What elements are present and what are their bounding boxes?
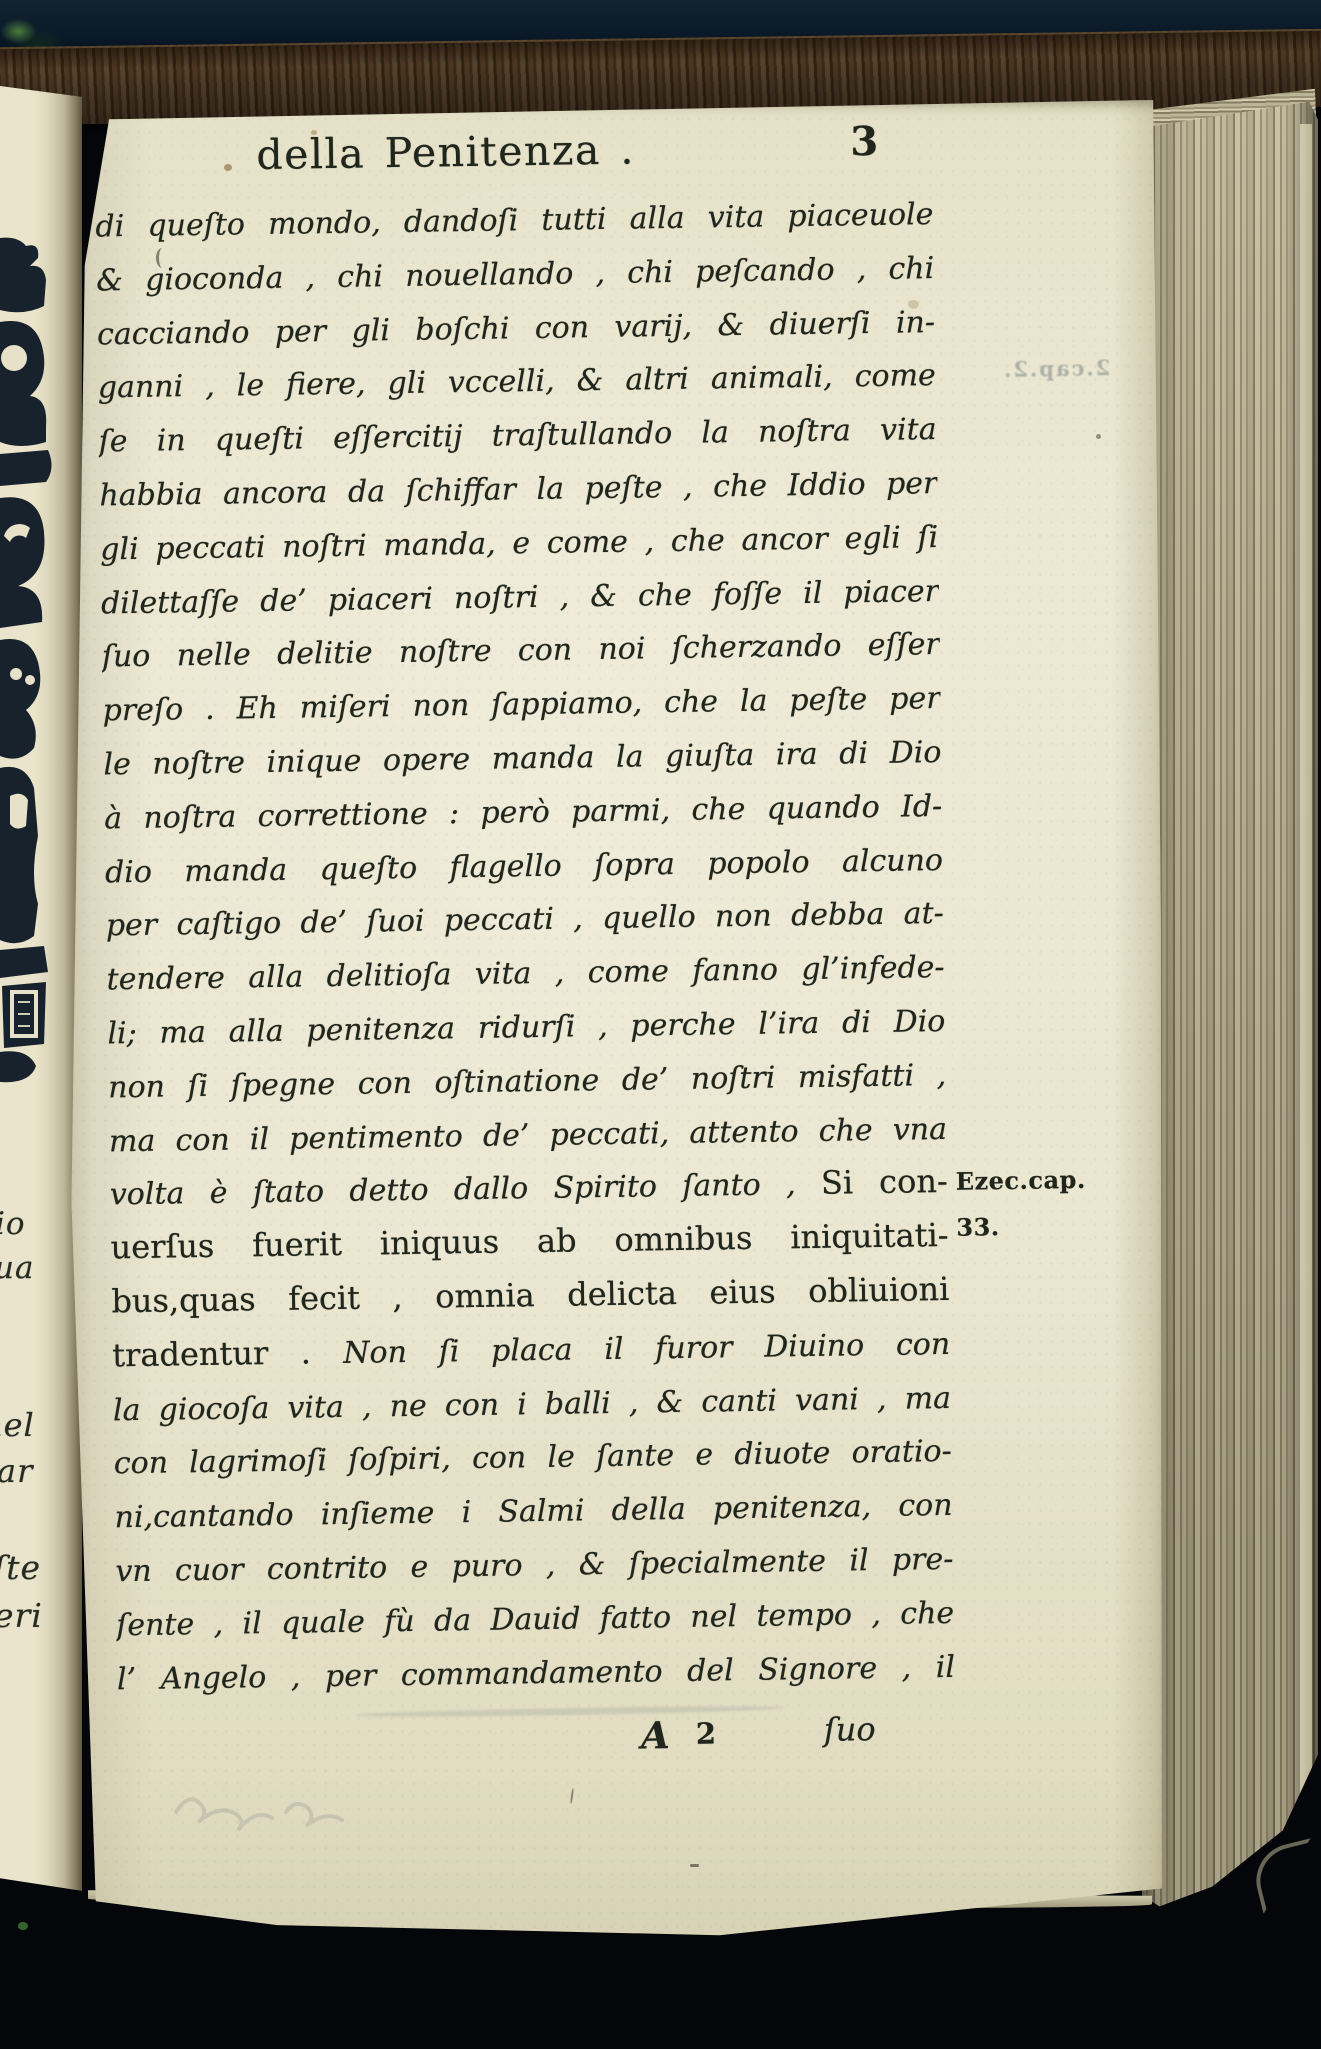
curled-page-corner [1248,1838,1321,1914]
running-header: della Penitenza . 3 [94,119,933,193]
line-text: ni,cantando inſieme i Salmi della penite… [114,1488,952,1535]
photo-of-book-page: io ua nel ar ſte eri 2.cap.2. della Peni… [0,0,1321,2049]
line-latin: tradentur . [112,1333,344,1374]
line-text: à noſtra correttione : però parmi, che q… [104,789,942,836]
printed-text-block: della Penitenza . 3 di queſto mondo, dan… [94,119,956,1778]
gutter-fragment: ſte [0,1548,41,1587]
woodcut-border-fragment [0,236,56,1086]
line-text: ſe in queſti eſſercitij traſtullando la … [98,412,936,459]
line-text: cacciando per gli boſchi con varij, & di… [97,305,935,352]
margin-note-citation: Ezec.cap. 33. [955,1157,1086,1251]
signature-leaf-number: 2 [696,1717,717,1751]
line-text: preſo . Eh miſeri non ſappiamo, che la p… [102,681,940,728]
handwriting-ghost [164,1768,404,1838]
running-header-title: della Penitenza . [256,125,635,179]
line-text: la giocoſa vita , ne con i balli , & can… [113,1380,951,1427]
line-text: ganni , le fiere, gli vccelli, & altri a… [98,358,936,405]
speck [1096,434,1101,439]
gutter-fragment: nel [0,1406,35,1444]
gutter-fragment: ar [0,1452,33,1490]
gutter-fragment: io [0,1206,26,1242]
signature-mark: A [641,1713,670,1757]
catchword: ſuo [824,1710,876,1749]
book-page: 2.cap.2. della Penitenza . 3 di queſto m… [56,100,1162,1938]
line-text: & gioconda , chi nouellando , chi peſcan… [96,251,934,298]
line-text: vn cuor contrito e puro , & ſpecialmente… [115,1542,953,1589]
line-text: gli peccati noſtri manda, e come , che a… [100,520,938,567]
line-text: tendere alla delitioſa vita , come fanno… [106,950,944,997]
line-text: ſente , il quale fù da Dauid fatto nel t… [116,1596,954,1643]
page-number: 3 [850,118,879,165]
line-text: habbia ancora da ſchiffar la peſte , che… [99,466,937,513]
fore-edge-page-stack [1142,100,1318,1910]
line-text: non ſi ſpegne con oſtinatione de’ noſtri… [108,1058,946,1105]
line-text: per caſtigo de’ ſuoi peccati , quello no… [106,896,944,943]
line-text: dio manda queſto flagello ſopra popolo a… [105,843,943,890]
line-text-after: Non ſi placa il furor Diuino con [343,1327,950,1371]
line-latin: bus,quas fecit , omnia delicta eius obli… [111,1270,949,1320]
outer-leaf-edge [1300,124,1312,1804]
show-through-note: 2.cap.2. [1002,355,1111,382]
mould-fleck [18,1922,28,1930]
line-text: ma con il pentimento de’ peccati, attent… [109,1111,947,1158]
margin-note-chapter: 33. [956,1203,1087,1251]
speck [690,1864,699,1867]
line-text: le noſtre inique opere manda la giuſta i… [103,735,941,782]
line-text: ſuo nelle delitie noſtre con noi ſcherza… [102,627,940,674]
gutter-fragment: ua [0,1250,34,1286]
margin-note-reference: Ezec.cap. [955,1157,1086,1205]
line-latin: uerſus fuerit iniquus ab omnibus iniquit… [110,1216,948,1266]
line-text: con lagrimoſi ſoſpiri, con le ſante e di… [114,1434,952,1481]
line-text: l’ Angelo , per commandamento del Signor… [117,1649,955,1696]
line-text: volta è ſtato detto dallo Spirito ſanto … [110,1167,822,1213]
line-latin: Si con- [821,1162,948,1202]
line-text: li; ma alla penitenza ridurſi , perche l… [107,1004,945,1051]
line-text: di queſto mondo, dandoſi tutti alla vita… [95,197,933,244]
gutter-fragment: eri [0,1596,43,1635]
line-text: dilettaſſe de’ piaceri noſtri , & che fo… [101,574,939,621]
